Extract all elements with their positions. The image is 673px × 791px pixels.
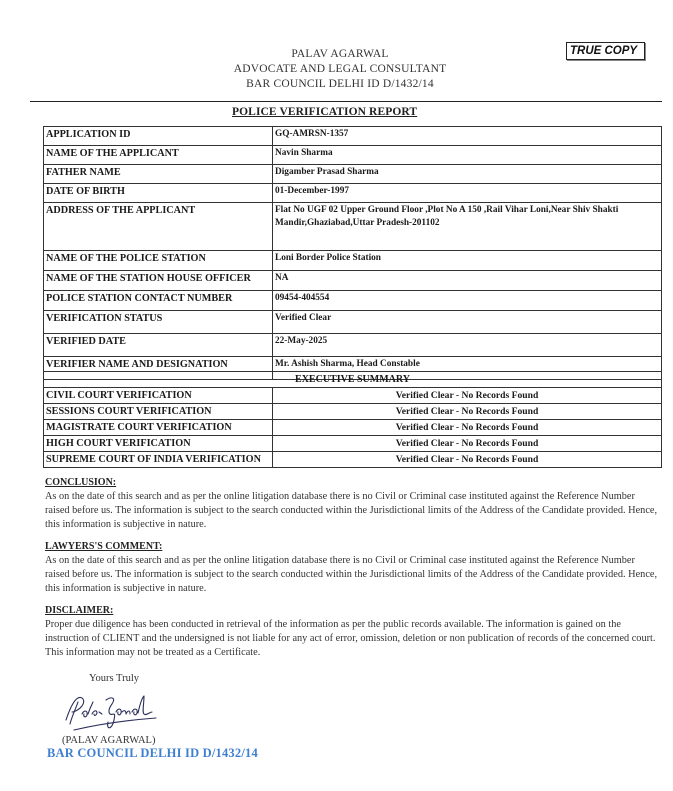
conclusion-text: As on the date of this search and as per… — [45, 490, 660, 532]
table-row: FATHER NAME Digamber Prasad Sharma — [44, 165, 662, 184]
field-value: GQ-AMRSN-1357 — [273, 127, 662, 146]
table-row: SESSIONS COURT VERIFICATION Verified Cle… — [44, 404, 662, 420]
disclaimer-section: DISCLAIMER: Proper due diligence has bee… — [45, 604, 660, 660]
court-status: Verified Clear - No Records Found — [273, 388, 662, 404]
court-label: MAGISTRATE COURT VERIFICATION — [44, 420, 273, 436]
field-value: 22-May-2025 — [273, 334, 662, 357]
lawyers-comment-heading: LAWYERS'S COMMENT: — [45, 540, 660, 554]
field-value: Verified Clear — [273, 311, 662, 334]
table-row: MAGISTRATE COURT VERIFICATION Verified C… — [44, 420, 662, 436]
true-copy-stamp: TRUE COPY — [566, 42, 645, 60]
court-status: Verified Clear - No Records Found — [273, 420, 662, 436]
table-header-row: EXECUTIVE SUMMARY — [44, 372, 662, 388]
field-label: POLICE STATION CONTACT NUMBER — [44, 291, 273, 311]
lawyers-comment-section: LAWYERS'S COMMENT: As on the date of thi… — [45, 540, 660, 596]
field-label: ADDRESS OF THE APPLICANT — [44, 203, 273, 251]
report-title: POLICE VERIFICATION REPORT — [232, 106, 417, 118]
court-label: SESSIONS COURT VERIFICATION — [44, 404, 273, 420]
table-row: APPLICATION ID GQ-AMRSN-1357 — [44, 127, 662, 146]
table-row: NAME OF THE STATION HOUSE OFFICER NA — [44, 271, 662, 291]
field-label: APPLICATION ID — [44, 127, 273, 146]
field-label: NAME OF THE STATION HOUSE OFFICER — [44, 271, 273, 291]
court-status: Verified Clear - No Records Found — [273, 452, 662, 468]
lawyers-comment-text: As on the date of this search and as per… — [45, 554, 660, 596]
table-row: HIGH COURT VERIFICATION Verified Clear -… — [44, 436, 662, 452]
field-label: DATE OF BIRTH — [44, 184, 273, 203]
court-label: HIGH COURT VERIFICATION — [44, 436, 273, 452]
field-value: Navin Sharma — [273, 146, 662, 165]
header-divider — [30, 101, 662, 102]
applicant-details-table: APPLICATION ID GQ-AMRSN-1357 NAME OF THE… — [43, 126, 662, 380]
court-label: CIVIL COURT VERIFICATION — [44, 388, 273, 404]
field-label: NAME OF THE POLICE STATION — [44, 251, 273, 271]
table-row: VERIFIED DATE 22-May-2025 — [44, 334, 662, 357]
field-value: 01-December-1997 — [273, 184, 662, 203]
table-row: ADDRESS OF THE APPLICANT Flat No UGF 02 … — [44, 203, 662, 251]
table-row: DATE OF BIRTH 01-December-1997 — [44, 184, 662, 203]
conclusion-section: CONCLUSION: As on the date of this searc… — [45, 476, 660, 532]
bar-council-id: BAR COUNCIL DELHI ID D/1432/14 — [200, 77, 480, 92]
disclaimer-text: Proper due diligence has been conducted … — [45, 618, 660, 660]
signatory-bar-id: BAR COUNCIL DELHI ID D/1432/14 — [47, 746, 258, 761]
signature-icon — [60, 690, 160, 735]
table-row: CIVIL COURT VERIFICATION Verified Clear … — [44, 388, 662, 404]
closing-text: Yours Truly — [89, 673, 139, 684]
field-value: NA — [273, 271, 662, 291]
letterhead: PALAV AGARWAL ADVOCATE AND LEGAL CONSULT… — [200, 47, 480, 92]
executive-summary-title: EXECUTIVE SUMMARY — [44, 372, 662, 388]
field-value: Digamber Prasad Sharma — [273, 165, 662, 184]
field-label: NAME OF THE APPLICANT — [44, 146, 273, 165]
court-status: Verified Clear - No Records Found — [273, 436, 662, 452]
table-row: NAME OF THE APPLICANT Navin Sharma — [44, 146, 662, 165]
executive-summary-table: EXECUTIVE SUMMARY CIVIL COURT VERIFICATI… — [43, 371, 662, 468]
court-status: Verified Clear - No Records Found — [273, 404, 662, 420]
table-row: VERIFICATION STATUS Verified Clear — [44, 311, 662, 334]
signatory-name: (PALAV AGARWAL) — [62, 735, 155, 746]
table-row: NAME OF THE POLICE STATION Loni Border P… — [44, 251, 662, 271]
advocate-name: PALAV AGARWAL — [200, 47, 480, 62]
field-label: VERIFIED DATE — [44, 334, 273, 357]
field-value: Loni Border Police Station — [273, 251, 662, 271]
field-label: FATHER NAME — [44, 165, 273, 184]
conclusion-heading: CONCLUSION: — [45, 476, 660, 490]
disclaimer-heading: DISCLAIMER: — [45, 604, 660, 618]
field-value: 09454-404554 — [273, 291, 662, 311]
field-value: Flat No UGF 02 Upper Ground Floor ,Plot … — [273, 203, 662, 251]
table-row: POLICE STATION CONTACT NUMBER 09454-4045… — [44, 291, 662, 311]
table-row: SUPREME COURT OF INDIA VERIFICATION Veri… — [44, 452, 662, 468]
court-label: SUPREME COURT OF INDIA VERIFICATION — [44, 452, 273, 468]
field-label: VERIFICATION STATUS — [44, 311, 273, 334]
advocate-designation: ADVOCATE AND LEGAL CONSULTANT — [200, 62, 480, 77]
